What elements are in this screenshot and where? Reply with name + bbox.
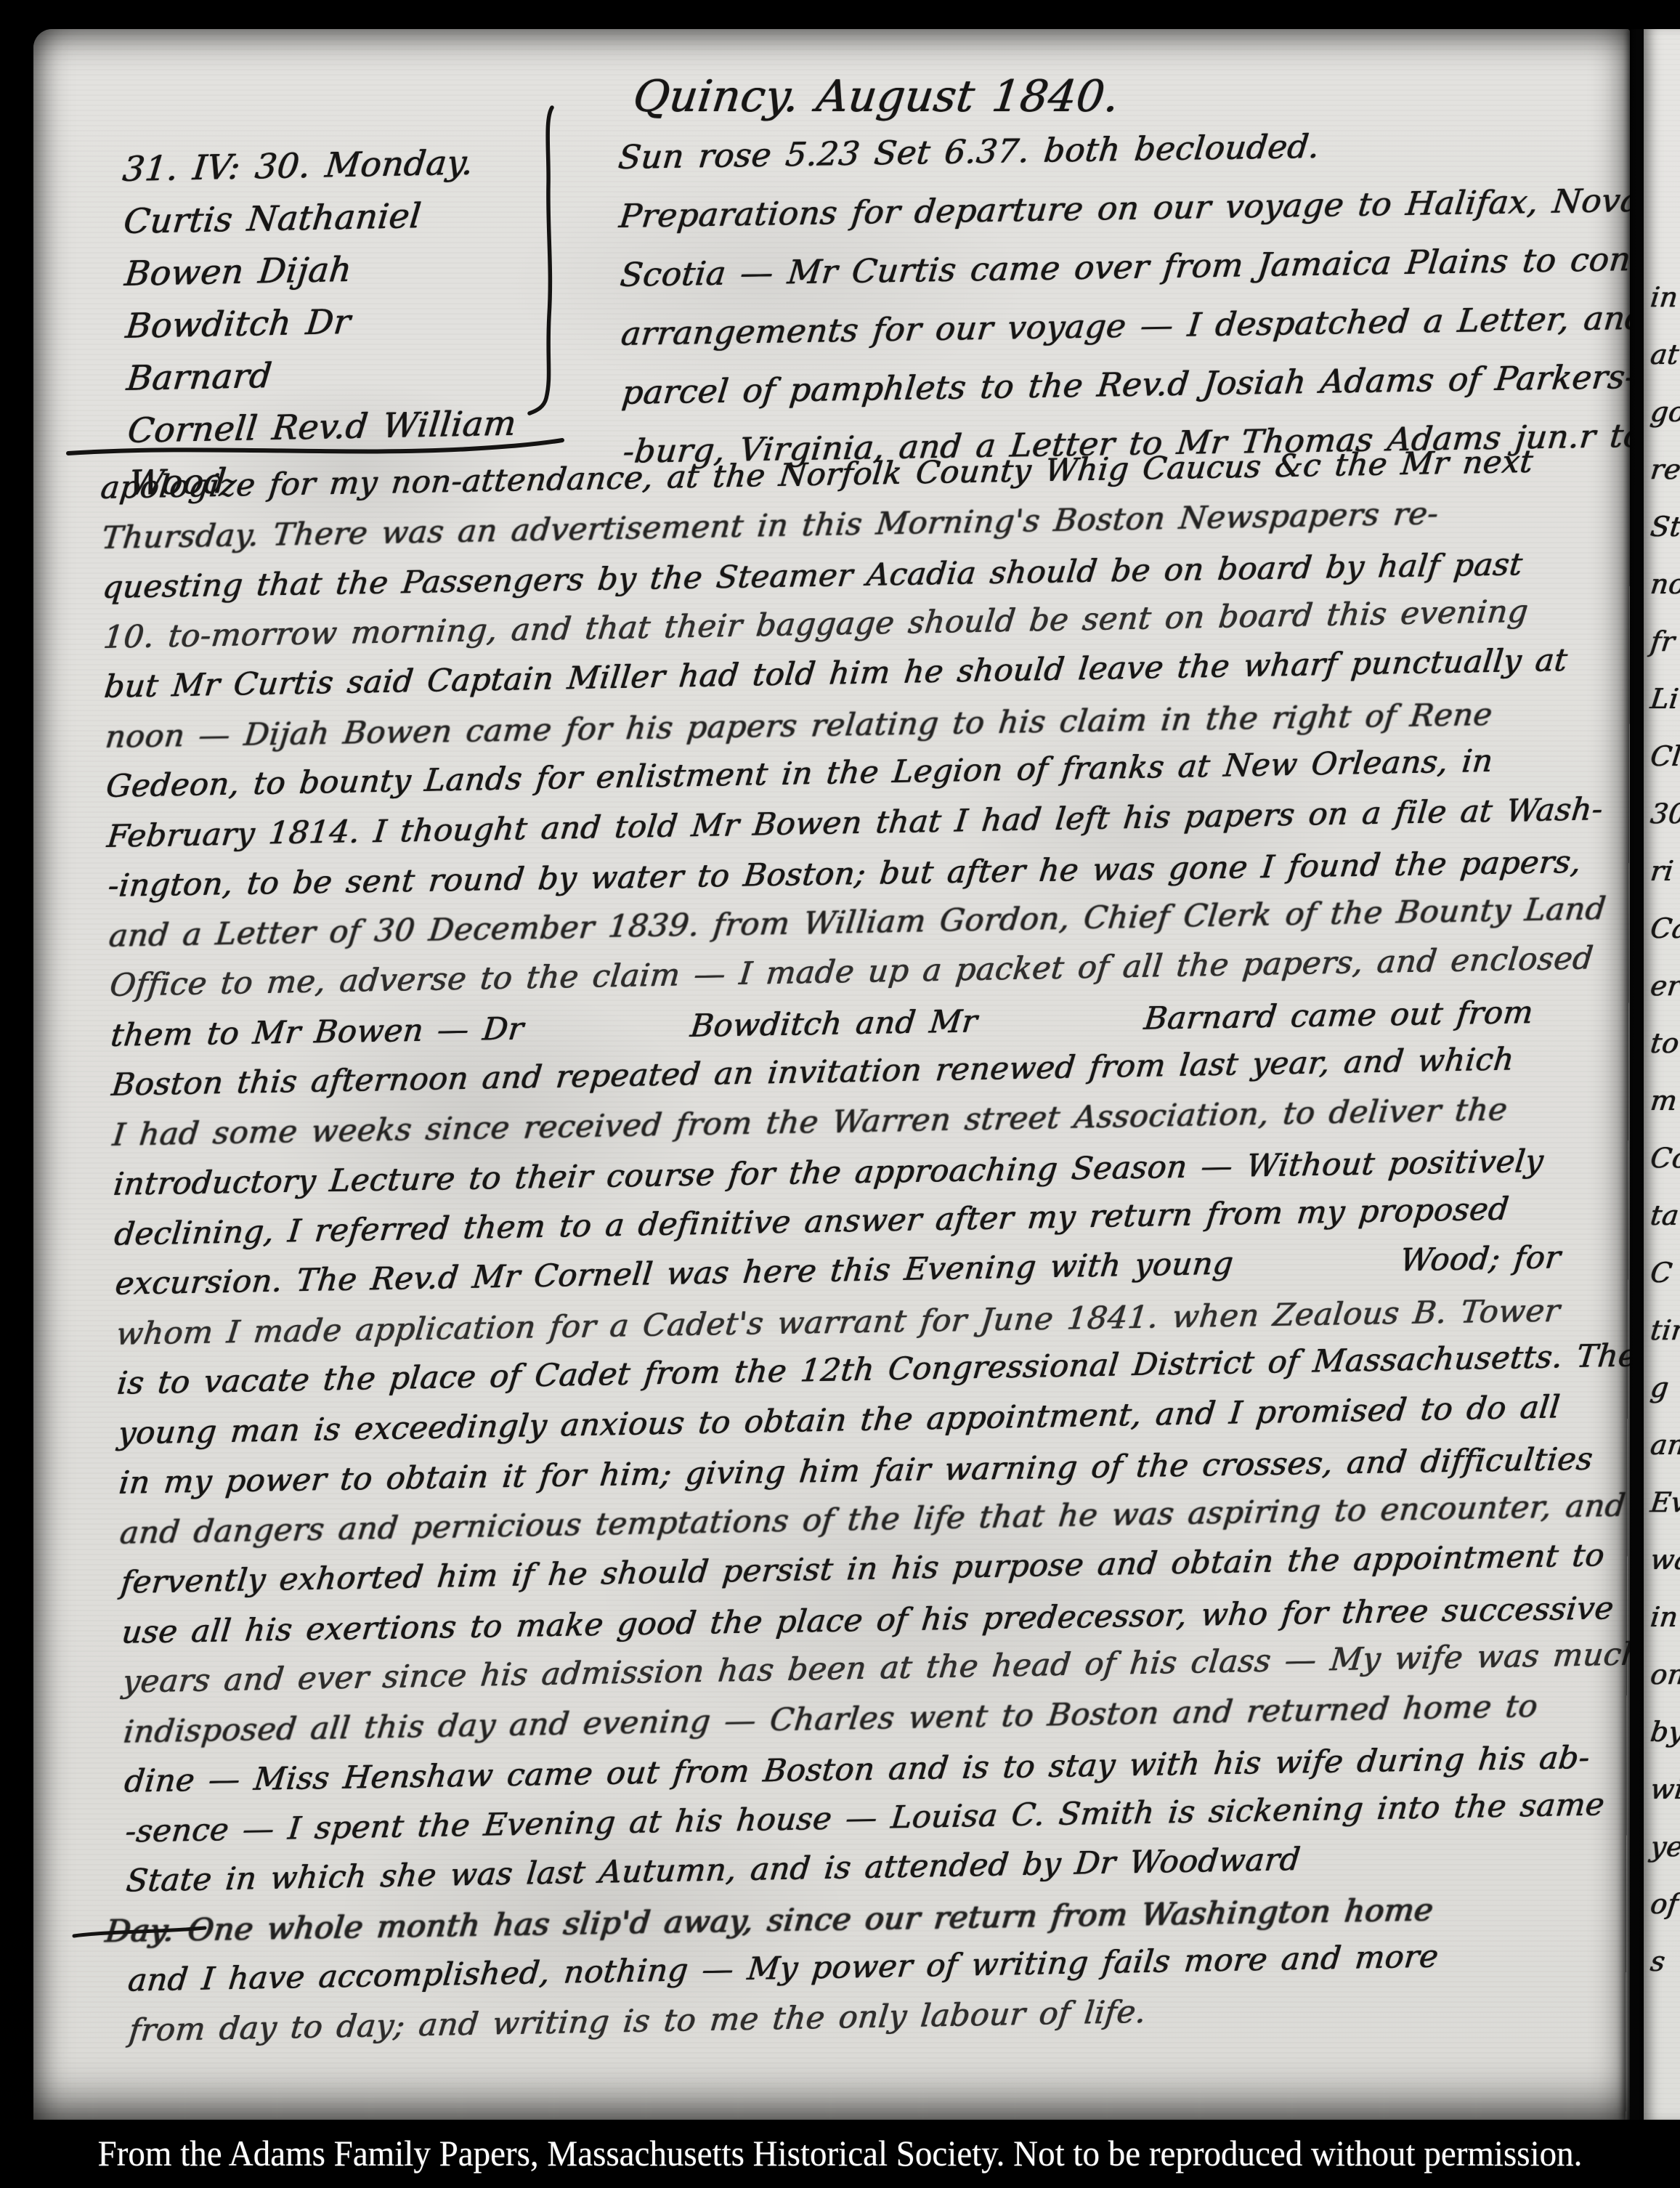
adjacent-page-text-fragment: to xyxy=(1644,1028,1680,1058)
adjacent-page-text-fragment: tin xyxy=(1644,1315,1680,1345)
adjacent-page-text-fragment: re xyxy=(1644,454,1680,485)
adjacent-page-text-fragment: 30 xyxy=(1644,798,1680,829)
adjacent-page-text-fragment: m xyxy=(1644,1085,1680,1116)
manuscript-scan: Quincy. August 1840. 31. IV: 30. Monday.… xyxy=(0,0,1680,2188)
adjacent-page-text-fragment: ye xyxy=(1644,1831,1680,1862)
adjacent-page-text-fragment: Li xyxy=(1644,684,1680,714)
entry-date-heading: 31. IV: 30. Monday. xyxy=(120,134,597,196)
adjacent-page-text-fragment: at xyxy=(1644,339,1680,370)
adjacent-page-text-fragment: er xyxy=(1644,971,1680,1001)
adjacent-page-edge: in at go re St no fr Li Cl 30 ri Ca er t… xyxy=(1644,29,1680,2120)
adjacent-page-text-fragment: s xyxy=(1644,1946,1680,1977)
adjacent-page-text-fragment: Ev xyxy=(1644,1487,1680,1518)
margin-name: Barnard xyxy=(124,344,601,405)
adjacent-page-text-fragment: Cl xyxy=(1644,741,1680,771)
diary-body: apologize for my non-attendance, at the … xyxy=(97,435,1630,2056)
margin-name-column: 31. IV: 30. Monday. Curtis Nathaniel Bow… xyxy=(119,135,598,510)
margin-name: Curtis Nathaniel xyxy=(121,187,598,248)
margin-name: Cornell Rev.d William xyxy=(125,396,602,458)
adjacent-page-text-fragment: wa xyxy=(1644,1544,1680,1575)
credit-banner: From the Adams Family Papers, Massachuse… xyxy=(0,2120,1680,2188)
opening-column: Sun rose 5.23 Set 6.37. both beclouded. … xyxy=(614,112,1630,481)
manuscript-page: Quincy. August 1840. 31. IV: 30. Monday.… xyxy=(33,29,1630,2120)
adjacent-page-text-fragment: Co xyxy=(1644,1143,1680,1173)
adjacent-page-text-fragment: go xyxy=(1644,397,1680,427)
adjacent-page-text-fragment: by xyxy=(1644,1717,1680,1747)
adjacent-page-text-fragment: on xyxy=(1644,1659,1680,1690)
adjacent-page-text-fragment: St xyxy=(1644,511,1680,542)
adjacent-page-text-fragment: no xyxy=(1644,569,1680,599)
adjacent-page-text-fragment: fr xyxy=(1644,626,1680,657)
adjacent-page-text-fragment: of xyxy=(1644,1889,1680,1919)
adjacent-page-text-fragment: C xyxy=(1644,1257,1680,1288)
adjacent-page-text-fragment: ta xyxy=(1644,1200,1680,1231)
adjacent-page-text-fragment: ri xyxy=(1644,856,1680,886)
adjacent-page-text-fragment: g xyxy=(1644,1372,1680,1403)
credit-caption: From the Adams Family Papers, Massachuse… xyxy=(98,2133,1583,2174)
entry-place-date: Quincy. August 1840. xyxy=(630,71,1122,122)
margin-name: Bowen Dijah xyxy=(122,239,599,301)
adjacent-page-text-fragment: wi xyxy=(1644,1774,1680,1804)
adjacent-page-text-fragment: in xyxy=(1644,1602,1680,1632)
adjacent-page-text-fragment: an xyxy=(1644,1430,1680,1460)
adjacent-page-text-fragment: Ca xyxy=(1644,913,1680,944)
margin-name: Bowditch Dr xyxy=(123,291,601,353)
adjacent-page-text-fragment: in xyxy=(1644,282,1680,312)
